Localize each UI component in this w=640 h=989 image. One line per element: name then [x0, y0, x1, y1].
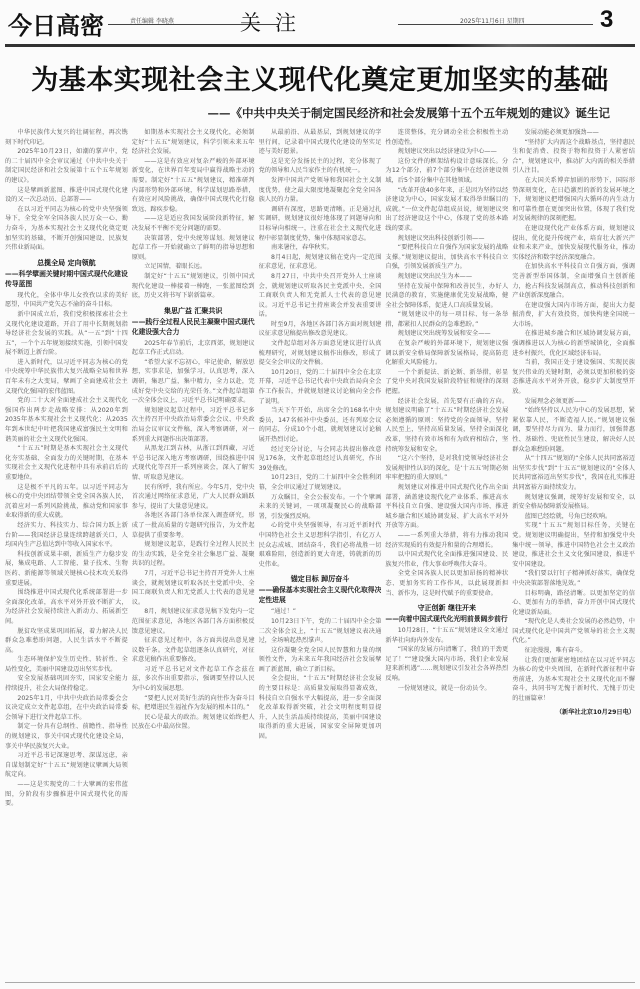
paragraph: 在建设强大国内市场方面，提出大力提振消费，扩大有效投资，加快构建全国统一大市场。: [512, 301, 635, 330]
paragraph: 从“十四五”规划的“全体人民共同富裕迈出坚实步伐”到“十五五”规划建议的“全体人…: [512, 454, 635, 492]
paragraph: ——这是实现党的二十大擘画的宏伟蓝图，分阶段有步骤推进中国式现代化的需要。: [5, 780, 128, 809]
paragraph: 调研有深度，思路更清晰。正是通过扎实调研，规划建议很好地体现了问题导向和目标导向…: [259, 205, 382, 243]
paragraph: “希望大家不忘初心，牢记使命，解放思想，实事求是，加强学习，认真思考，深入调研，…: [132, 358, 255, 406]
paragraph: 时至9月，各地区各部门各方面对规划建议征求意见稿提出修改意见建议。: [259, 320, 382, 339]
paragraph: 连贯整体，充分调动全社会积极性主动性创造性。: [385, 128, 508, 147]
paragraph: 这份文件的框架结构设计意味深长。分为12个部分，前7个部分集中在经济建设领域，后…: [385, 157, 508, 186]
paragraph: “我们要以钉钉子精神抓好落实，确保党中央决策部署落地见效。”: [512, 569, 635, 588]
article-body: 中华民族伟大复兴的壮阔征程，再次镌刻下时代印记。2025年10月23日，如潮的掌…: [5, 128, 635, 984]
section-heading: 守正创新 继往开来: [385, 603, 508, 614]
article-column-3: 从最前沿、从最基层，到规划建议的字里行间，记录着中国式现代化建设的坚实足迹与美好…: [259, 128, 382, 984]
article-column-4: 连贯整体，充分调动全社会积极性主动性创造性。规划建议突出以经济建设为中心——这份…: [385, 128, 508, 984]
article-column-5: 发展动能必须更加强劲——“坚持扩大内需这个战略基点，坚持惠民生和促消费、投资于物…: [512, 128, 635, 984]
paragraph: “要把人民对美好生活的向往作为奋斗目标，把增进民生福祉作为发展的根本目的。”: [132, 694, 255, 713]
paragraph: 安全发展基础巩固夯实，国家安全能力持续提升，社会大局保持稳定。: [5, 674, 128, 693]
paragraph: 征途漫漫，唯有奋斗。: [512, 646, 635, 656]
paragraph: ——这是适应我国发展阶段新特征，解决发展不平衡不充分问题的需要。: [132, 214, 255, 233]
paragraph: 目标明确，路径清晰。以更加坚定的信心、更加有力的举措，奋力开创中国式现代化建设新…: [512, 589, 635, 618]
paragraph: 发展理念必须更新——: [512, 397, 635, 407]
paragraph: 民有所呼，我有所应。今年5月，党中央首次通过网络征求意见，广大人民群众踊跃参与，…: [132, 483, 255, 512]
paragraph: 决策部署，党中央统筹谋划。规划建议起草工作一开始就确立了鲜明的指导思想和原则。: [132, 234, 255, 263]
paragraph: 发展动能必须更加强劲——: [512, 128, 635, 138]
paragraph: 坚持在发展中保障和改善民生，办好人民满意的教育，实施健康优先发展战略，健全社会保…: [385, 282, 508, 311]
paragraph: 让我们更加紧密地团结在以习近平同志为核心的党中央周围，在新时代新征程中奋勇前进，…: [512, 656, 635, 704]
paragraph: 规划建议突出科技创新引领——: [385, 234, 508, 244]
paragraph: 党的二十大对全面建成社会主义现代化强国作出两步走战略安排：从2020年到2035…: [5, 396, 128, 444]
paragraph: 这份凝聚全党全国人民智慧和力量的纲领性文件，为未来五年我国经济社会发展擘画了新蓝…: [259, 646, 382, 675]
paragraph: 10月23日，党的二十届四中全会胜利闭幕，全会审议通过了规划建议。: [259, 473, 382, 492]
paragraph: 规划建议强调，统筹好发展和安全，以新安全格局保障新发展格局。: [512, 493, 635, 512]
paragraph: 生态环境保护发生历史性、转折性、全局性变化，美丽中国建设迈出坚实步伐。: [5, 655, 128, 674]
paragraph: 习近平总书记深邃思考、深谋远虑，亲自谋划制定好“十五五”规划建议擘画大局领航定向…: [5, 751, 128, 780]
paragraph: 现代化，全体中华儿女孜孜以求的美好愿望，中国共产党矢志不渝的奋斗目标。: [5, 291, 128, 310]
paragraph: 在推进城乡融合和区域协调发展方面，强调推进以人为核心的新型城镇化，全面推进乡村振…: [512, 329, 635, 358]
paragraph: 如期基本实现社会主义现代化，必须制定好“十五五”规划建议，科学引领未来五年经济社…: [132, 128, 255, 157]
article-column-1: 中华民族伟大复兴的壮阔征程，再次镌刻下时代印记。2025年10月23日，如潮的掌…: [5, 128, 128, 984]
section-subheading: ——践行全过程人民民主凝聚中国式现代化建设强大合力: [132, 317, 255, 337]
article-dateline: （新华社北京10月29日电）: [512, 708, 635, 718]
masthead: 今日高密 责任编辑 李晓燕 关注 2025年11月6日 星期四 3: [0, 0, 640, 44]
paragraph: 心的党中央坚强领导，有习近平新时代中国特色社会主义思想科学指引，有亿万人民众志成…: [259, 521, 382, 569]
section-heading: 集思广益 汇聚共识: [132, 306, 255, 317]
paragraph: 8月4日起，规划建议稿在党内一定范围征求意见，征求意见。: [259, 253, 382, 272]
paragraph: “国家的发展方向清晰了，我们的干劲更足了！”“建设强大国内市场，我们企业发展迎来…: [385, 645, 508, 683]
paragraph: 在加快高水平科技自立自强方面，强调完善新型举国体制，全面增强自主创新能力，抢占科…: [512, 262, 635, 300]
editor-credit: 责任编辑 李晓燕: [130, 16, 174, 25]
paragraph: “始终坚持以人民为中心的发展思想，紧紧依靠人民，不断造福人民。”规划建议强调，要…: [512, 406, 635, 454]
paragraph: ——一系列重大举措，将有力推动我国经济实现质的有效提升和量的合理增长。: [385, 531, 508, 550]
article-subheadline: ——《中共中央关于制定国民经济和社会发展第十五个五年规划的建议》诞生记: [0, 105, 610, 121]
section-title: 关注: [240, 7, 310, 37]
page-number: 3: [600, 6, 613, 34]
section-heading: 锚定目标 踔厉奋斗: [259, 574, 382, 585]
paragraph: 科技创新成果丰硕，新质生产力稳步发展，集成电路、人工智能、量子技术、生物医药、新…: [5, 550, 128, 588]
paragraph: 全党全国各族人民以更加昂扬的精神状态、更加务实的工作作风，以此展现新担当、新作为…: [385, 569, 508, 598]
paragraph: 规划建议起草，是践行全过程人民民主的生动实践，是全党全社会集思广益、凝聚共识的过…: [132, 540, 255, 569]
section-subheading: ——确保基本实现社会主义现代化取得决定性进展: [259, 585, 382, 605]
paragraph: 2025年春节前后，北京西郊，规划建议起草工作正式启动。: [132, 339, 255, 358]
paragraph: 民心是最大的政治。规划建议始终把人民放在心中最高位置。: [132, 713, 255, 732]
paragraph: 8月27日，中共中央召开党外人士座谈会，就规划建议听取各民主党派中央、全国工商联…: [259, 272, 382, 320]
paragraph: 这是极不平凡的五年。以习近平同志为核心的党中央团结带领全党全国各族人民，沉着应对…: [5, 483, 128, 521]
paragraph: 制定一份具有总纲性、前瞻性、指导性的规划建议，事关中国式现代化建设全局，事关中华…: [5, 722, 128, 751]
paragraph: “要把科技自立自强作为国家发展的战略支撑。”规划建议提出，加快高水平科技自立自强…: [385, 243, 508, 272]
paragraph: 蓝图已经绘就，号角已经吹响。: [512, 512, 635, 522]
paragraph: “这六个坚持，是对我们党领导经济社会发展规律性认识的深化，是‘十五五’时期必须牢…: [385, 454, 508, 483]
paragraph: 10月28日，“十五五”规划建议全文通过新华社向海内外发布。: [385, 626, 508, 645]
paragraph: 当天下午开始，出席全会的168名中央委员，147名候补中央委员，还有列席会议的同…: [259, 406, 382, 444]
paragraph: “通过！”: [259, 607, 382, 617]
paragraph: 全会提出，“十五五”时期经济社会发展的主要目标是：高质量发展取得显著成效，科技自…: [259, 674, 382, 741]
paragraph: 从黑龙江到吉林，从浙江到西藏，习近平总书记深入地方考察调研，围绕推进中国式现代化…: [132, 444, 255, 482]
paragraph: 这是充分发扬民主的过程，充分体现了党的领导和人民当家作主的有机统一。: [259, 157, 382, 176]
paragraph: 制定好“十五五”规划建议，引领中国式现代化建设一棒接着一棒跑，一张蓝图绘到底，历…: [132, 272, 255, 301]
paragraph: 这是擘画新蓝图、推进中国式现代化建设的又一次总动员、总部署——: [5, 186, 128, 205]
paragraph: 规划建议突出以经济建设为中心——: [385, 147, 508, 157]
paragraph: 以中国式现代化全面推进强国建设、民族复兴伟业，伟大事业呼唤伟大奋斗。: [385, 550, 508, 569]
paragraph: 规划建议对推进中国式现代化作出全面部署，涵盖建设现代化产业体系、推进高水平科技自…: [385, 483, 508, 531]
paragraph: 在建设现代化产业体系方面，规划建议提出，优化提升传统产业，培育壮大新兴产业和未来…: [512, 224, 635, 262]
paragraph: 经济社会发展，首先要有正确的方向。规划建议明确了“十五五”时期经济社会发展必须遵…: [385, 397, 508, 455]
paragraph: “坚持扩大内需这个战略基点，坚持惠民生和促消费、投资于物和投资于人紧密结合”，规…: [512, 138, 635, 176]
paragraph: 2025年1月，中共中央政治局常委会会议决定成立文件起草组，在中央政治局常委会领…: [5, 694, 128, 723]
paragraph: 围绕推进中国式现代化系统部署进一步全面深化改革，高水平对外开放不断扩大，为经济社…: [5, 588, 128, 626]
section-heading: 总揽全局 定向领航: [5, 258, 128, 269]
paragraph: 2025年10月23日，如潮的掌声中，党的二十届四中全会审议通过《中共中央关于制…: [5, 147, 128, 185]
paragraph: 7月，习近平总书记主持召开党外人士座谈会，就规划建议听取各民主党派中央、全国工商…: [132, 569, 255, 607]
newspaper-logo: 今日高密: [8, 6, 104, 41]
paragraph: 规划建议起草过程中，习近平总书记多次主持召开中央政治局常委会会议、中央政治局会议…: [132, 406, 255, 444]
paragraph: 新中国成立后，我们党积极探索社会主义现代化建设道路，开启了用中长期规划指导经济社…: [5, 310, 128, 358]
section-subheading: ——科学擘画关键时期中国式现代化建设传导蓝图: [5, 269, 128, 289]
paragraph: 脱贫攻坚成果巩固拓展，着力解决人民群众急难愁盼问题，人民生活水平不断提高。: [5, 627, 128, 656]
paragraph: 10月23日下午，党的二十届四中全会第二次全体会议上，“十五五”规划建议表决通过…: [259, 617, 382, 646]
paragraph: 进入新时代，以习近平同志为核心的党中央统筹中华民族伟大复兴战略全局和世界百年未有…: [5, 358, 128, 396]
paragraph: 经济实力、科技实力、综合国力跃上新台阶——我国经济总量连续跨越新关口，人均国内生…: [5, 521, 128, 550]
paragraph: 规划建议突出统筹发展和安全——: [385, 329, 508, 339]
paragraph: 立足国情，着眼长远。: [132, 262, 255, 272]
paragraph: 南来暑往，春华秋实。: [259, 243, 382, 253]
paragraph: 中华民族伟大复兴的壮阔征程，再次镌刻下时代印记。: [5, 128, 128, 147]
paragraph: 10月20日，党的二十届四中全会在北京开幕，习近平总书记代表中央政治局向全会作工…: [259, 368, 382, 406]
paragraph: 习近平总书记对文件起草工作念兹在兹，多次作出重要指示，强调要坚持以人民为中心的发…: [132, 665, 255, 694]
paragraph: ——这是有效应对复杂严峻的外部环境新变化，在世界百年变局中赢得战略主动的需要。制…: [132, 157, 255, 215]
paragraph: 实现“十五五”规划目标任务，关键在党。规划建议明确提出，坚持和加强党中央集中统一…: [512, 521, 635, 569]
paragraph: 各地区各部门各单位深入调查研究，形成了一批高质量的专题研究报告，为文件起草提供了…: [132, 511, 255, 540]
paragraph: 经过充分讨论，与会同志共提出修改意见176条，文件起草组经过认真研究，作出39处…: [259, 445, 382, 474]
paragraph: 一份规划建议，就是一份动员令。: [385, 684, 508, 694]
section-subheading: ——向着中国式现代化光明前景阔步前行: [385, 614, 508, 624]
paragraph: “规划建议中的每一项目标、每一条举措，都紧扣人民群众的急难愁盼。”: [385, 310, 508, 329]
paragraph: “改革开放40多年来，正是因为坚持以经济建设为中心，国家发展才取得举世瞩目的成就…: [385, 186, 508, 234]
issue-date: 2025年11月6日 星期四: [460, 16, 525, 25]
paragraph: “十五五”时期是基本实现社会主义现代化夯实基础、全面发力的关键时期，在基本实现社…: [5, 444, 128, 482]
page-bottom-rule: [5, 982, 635, 983]
paragraph: 万众瞩目，全会公报发布。一个个擘画未来的关键词，一项项凝聚民心的战略部署，引发强…: [259, 493, 382, 522]
paragraph: 当前，我国正处于建设强国、实现民族复兴伟业的关键时期，必须以更加积极的姿态推进高…: [512, 358, 635, 396]
paragraph: “现代化是人类社会发展的必然趋势，中国式现代化是中国共产党领导的社会主义现代化。…: [512, 617, 635, 646]
paragraph: 从最前沿、从最基层，到规划建议的字里行间，记录着中国式现代化建设的坚实足迹与美好…: [259, 128, 382, 157]
paragraph: 征求意见过程中，各方面共提出意见建议数千条。文件起草组逐条认真研究，对征求意见稿…: [132, 636, 255, 665]
paragraph: 规划建议突出民生为本——: [385, 272, 508, 282]
paragraph: 发挥中国共产党领导和我国社会主义制度优势，使之最大限度地凝聚起全党全国各族人民的…: [259, 176, 382, 205]
article-headline: 为基本实现社会主义现代化奠定更加坚实的基础: [0, 58, 640, 97]
paragraph: 一个个新提法、新论断、新举措，彰显了党中央对我国发展阶段特征和规律的深刻把握。: [385, 368, 508, 397]
paragraph: 文件起草组对各方面意见建议进行认真梳理研究，对规划建议稿作出修改，形成了提交全会…: [259, 339, 382, 368]
paragraph: 在复杂严峻的外部环境下，规划建议强调以新安全格局保障新发展格局，提高防范化解重大…: [385, 339, 508, 368]
paragraph: 8月，规划建议征求意见稿下发党内一定范围征求意见，各地区各部门各方面积极反馈意见…: [132, 607, 255, 636]
paragraph: 在大国关系博弈加剧的形势下，国际形势深刻变化，在日趋激烈的新的发展环境之下，规划…: [512, 176, 635, 224]
paragraph: 在以习近平同志为核心的党中央坚强领导下，全党全军全国各族人民万众一心、勠力奋斗，…: [5, 205, 128, 253]
article-column-2: 如期基本实现社会主义现代化，必须制定好“十五五”规划建议，科学引领未来五年经济社…: [132, 128, 255, 984]
masthead-divider: [5, 44, 635, 47]
